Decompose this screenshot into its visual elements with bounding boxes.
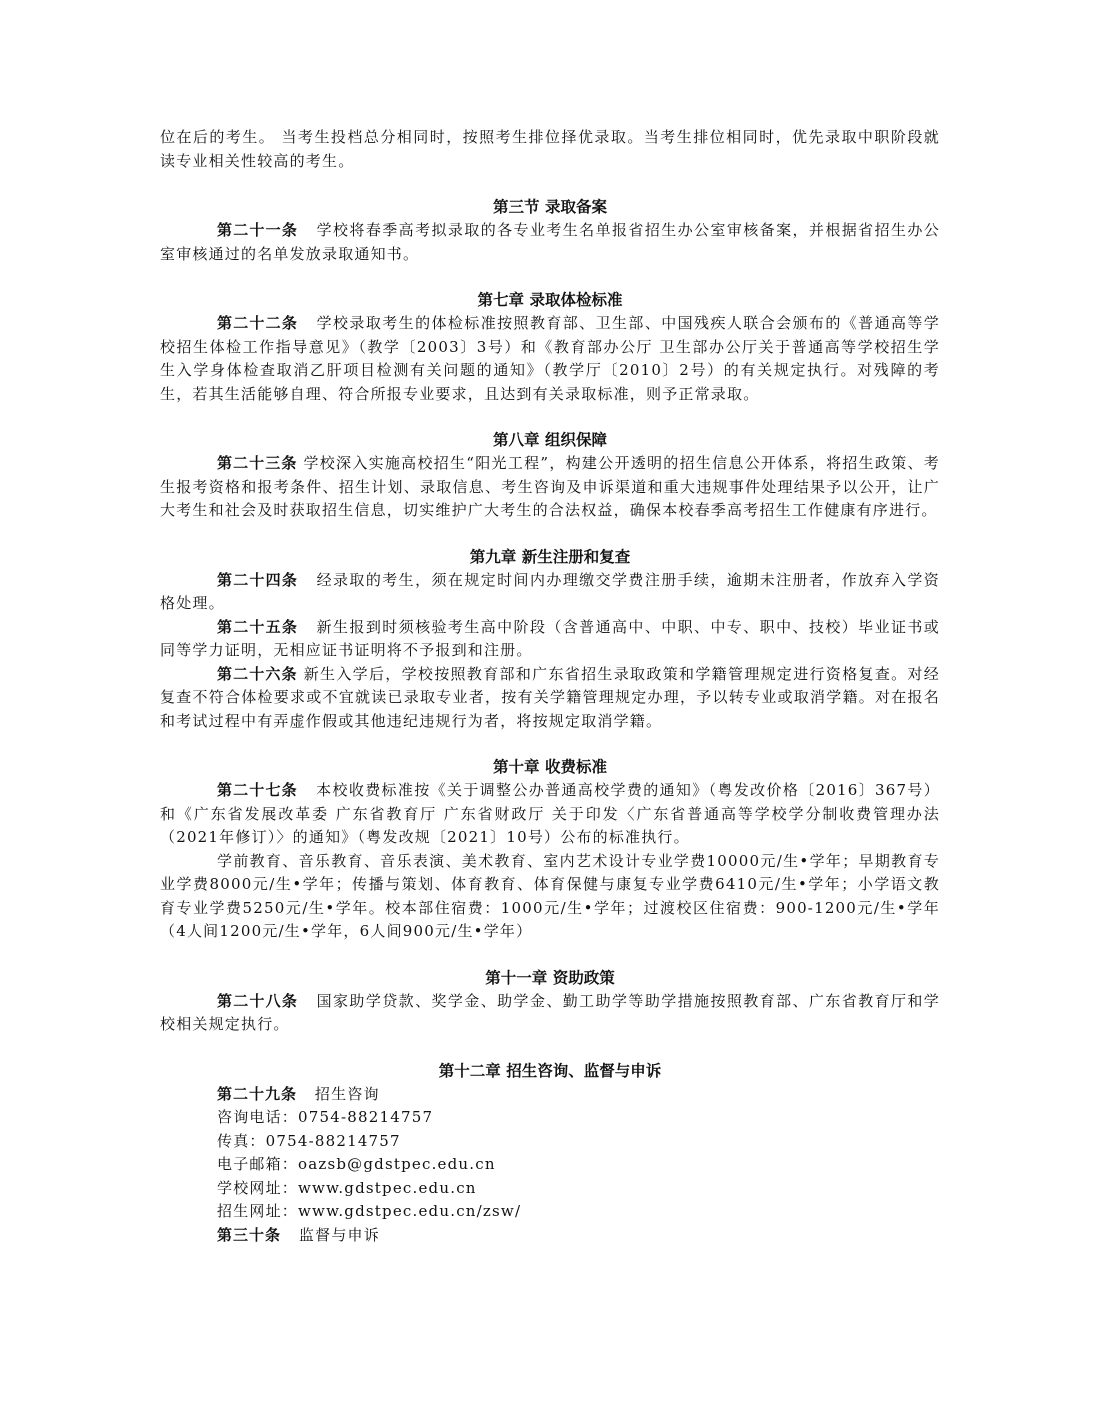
chapter-heading-11: 第十一章 资助政策 xyxy=(160,966,940,990)
contact-email: 电子邮箱：oazsb@gdstpec.edu.cn xyxy=(160,1153,940,1177)
contact-fax: 传真：0754-88214757 xyxy=(160,1130,940,1154)
chapter-heading-10: 第十章 收费标准 xyxy=(160,755,940,779)
contact-admission-site: 招生网址：www.gdstpec.edu.cn/zsw/ xyxy=(160,1200,940,1224)
article-22: 第二十二条 学校录取考生的体检标准按照教育部、卫生部、中国残疾人联合会颁布的《普… xyxy=(160,312,940,406)
section-heading-3: 第三节 录取备案 xyxy=(160,195,940,219)
article-21: 第二十一条 学校将春季高考拟录取的各专业考生名单报省招生办公室审核备案，并根据省… xyxy=(160,219,940,266)
article-23: 第二十三条 学校深入实施高校招生“阳光工程”，构建公开透明的招生信息公开体系，将… xyxy=(160,452,940,523)
article-label: 第二十八条 xyxy=(217,992,298,1010)
chapter-heading-12: 第十二章 招生咨询、监督与申诉 xyxy=(160,1059,940,1083)
article-label: 第二十五条 xyxy=(217,618,298,636)
article-label: 第二十七条 xyxy=(217,781,298,799)
article-27: 第二十七条 本校收费标准按《关于调整公办普通高校学费的通知》（粤发改价格〔201… xyxy=(160,779,940,850)
contact-school-site: 学校网址：www.gdstpec.edu.cn xyxy=(160,1177,940,1201)
article-text: 监督与申诉 xyxy=(299,1226,380,1244)
contact-phone: 咨询电话：0754-88214757 xyxy=(160,1106,940,1130)
fee-paragraph: 学前教育、音乐教育、音乐表演、美术教育、室内艺术设计专业学费10000元/生•学… xyxy=(160,850,940,944)
article-25: 第二十五条 新生报到时须核验考生高中阶段（含普通高中、中职、中专、职中、技校）毕… xyxy=(160,616,940,663)
article-29: 第二十九条 招生咨询 xyxy=(160,1083,940,1107)
article-label: 第二十九条 xyxy=(217,1085,297,1103)
article-label: 第二十四条 xyxy=(217,571,298,589)
article-label: 第二十一条 xyxy=(217,221,298,239)
article-label: 第三十条 xyxy=(217,1226,281,1244)
article-28: 第二十八条 国家助学贷款、奖学金、助学金、勤工助学等助学措施按照教育部、广东省教… xyxy=(160,990,940,1037)
chapter-heading-9: 第九章 新生注册和复查 xyxy=(160,545,940,569)
document-page: 位在后的考生。 当考生投档总分相同时，按照考生排位择优录取。当考生排位相同时，优… xyxy=(160,126,940,1247)
chapter-heading-7: 第七章 录取体检标准 xyxy=(160,288,940,312)
article-30: 第三十条 监督与申诉 xyxy=(160,1224,940,1248)
article-label: 第二十三条 xyxy=(217,454,297,472)
article-text: 招生咨询 xyxy=(315,1085,380,1103)
article-label: 第二十六条 xyxy=(217,665,298,683)
article-label: 第二十二条 xyxy=(217,314,298,332)
intro-paragraph: 位在后的考生。 当考生投档总分相同时，按照考生排位择优录取。当考生排位相同时，优… xyxy=(160,126,940,173)
chapter-heading-8: 第八章 组织保障 xyxy=(160,428,940,452)
article-26: 第二十六条 新生入学后，学校按照教育部和广东省招生录取政策和学籍管理规定进行资格… xyxy=(160,663,940,734)
article-24: 第二十四条 经录取的考生，须在规定时间内办理缴交学费注册手续，逾期未注册者，作放… xyxy=(160,569,940,616)
